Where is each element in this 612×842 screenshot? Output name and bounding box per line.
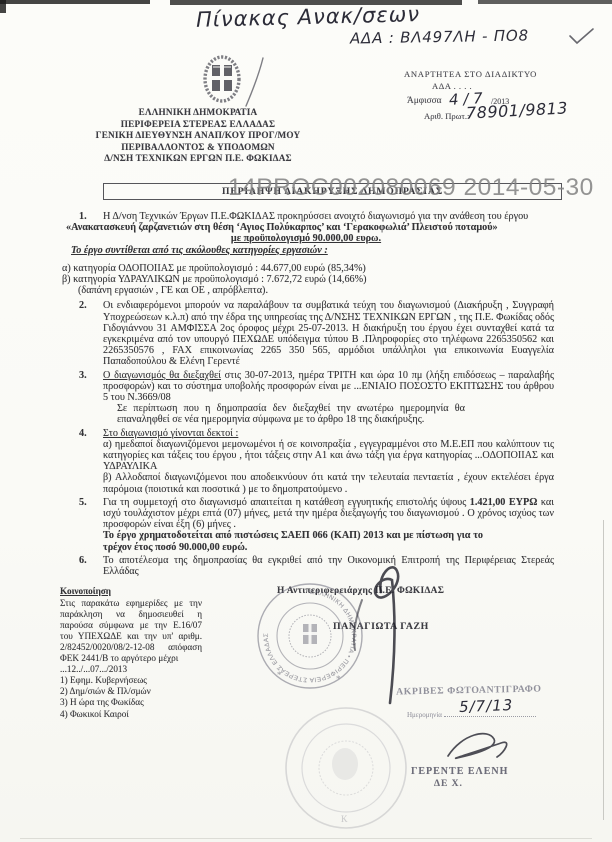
- newspaper-list: 1) Εφημ. Κυβερνήσεως 2) Δημ/σιών & Πλ/σμ…: [60, 675, 202, 720]
- project-title-line: «Ανακατασκευή ζαρζανετιών στη θέση ‘Αγιο…: [66, 222, 554, 233]
- notification-deadline: ...12../...07.../2013: [60, 664, 202, 675]
- item-number: 1.: [79, 211, 87, 222]
- body-item-6: 6. Το αποτέλεσμα της δημοπρασίας θα εγκρ…: [58, 555, 554, 577]
- category-note: (δαπάνη εργασιών , ΓΕ και ΟΕ , απρόβλεπτ…: [78, 285, 554, 296]
- certifier-name: ΓΕΡΕΝΤΕ ΕΛΕΝΗ: [411, 766, 508, 777]
- newspaper-item: 3) Η ώρα της Φωκίδας: [60, 697, 202, 708]
- body-item-2: 2. Οι ενδιαφερόμενοι μπορούν να παραλάβο…: [58, 300, 554, 367]
- item-1-intro: Η Δ/νση Τεχνικών Έργων Π.Ε.ΦΩΚΙΔΑΣ προκη…: [103, 211, 528, 222]
- newspaper-item: 2) Δημ/σιών & Πλ/σμών: [60, 686, 202, 697]
- letterhead-line: ΓΕΝΙΚΗ ΔΙΕΥΘΥΝΣΗ ΑΝΑΠ/ΚΟΥ ΠΡΟΓ/ΜΟΥ: [48, 130, 348, 142]
- newspaper-item: 4) Φωκικοί Καιροί: [60, 709, 202, 720]
- item-number: 2.: [79, 300, 87, 311]
- item-4-entry-b: β) Αλλοδαποί διαγωνιζόμενοι που αποδεικν…: [103, 472, 554, 494]
- handwritten-ada-code: ΑΔΑ : ΒΛ497ΛΗ - ΠΟ8: [350, 26, 529, 47]
- body-item-1: 1. Η Δ/νση Τεχνικών Έργων Π.Ε.ΦΩΚΙΔΑΣ πρ…: [58, 211, 554, 222]
- notification-text: Στις παρακάτω εφημερίδες με την παράκλησ…: [60, 598, 202, 664]
- posting-notice: ΑΝΑΡΤΗΤΕΑ ΣΤΟ ΔΙΑΔΙΚΤΥΟ: [404, 69, 537, 79]
- registry-watermark: 14PROC002080069 2014-05-30: [228, 174, 594, 202]
- notification-block: Κοινοποίηση Στις παρακάτω εφημερίδες με …: [60, 586, 202, 720]
- item-2-text: Οι ενδιαφερόμενοι μπορούν να παραλάβουν …: [103, 300, 554, 367]
- pen-flourish: [246, 58, 263, 106]
- scan-artifact: [0, 0, 6, 13]
- scan-artifact: [478, 0, 612, 4]
- scanned-document-page: Πίνακας Ανακ/σεων ΑΔΑ : ΒΛ497ΛΗ - ΠΟ8 ΑΝ…: [0, 0, 612, 842]
- handwritten-copy-date: 5/7/13: [459, 696, 514, 716]
- round-official-stamp: ΕΛΛΗΝΙΚΗ ΔΗΜΟΚΡΑΤΙΑ • ΠΕΡΙΦΕΡΕΙΑ ΣΤΕΡΕΑΣ…: [250, 576, 370, 696]
- letterhead-line: ΠΕΡΙΒΑΛΛΟΝΤΟΣ & ΥΠΟΔΟΜΩΝ: [48, 142, 348, 154]
- item-number: 4.: [79, 428, 87, 439]
- item-4-head: Στο διαγωνισμό γίνονται δεκτοί :: [103, 428, 554, 439]
- notification-heading: Κοινοποίηση: [60, 586, 202, 597]
- handwritten-protocol-number: 78901/9813: [466, 98, 569, 122]
- category-b: β) κατηγορία ΥΔΡΑΥΛΙΚΩΝ με προϋπολογισμό…: [62, 274, 554, 285]
- item-5-text: Για τη συμμετοχή στο διαγωνισμό απαιτείτ…: [103, 497, 470, 508]
- signature-stroke: [448, 734, 507, 759]
- faint-round-stamp: Κ: [281, 698, 411, 842]
- date-label: Ημερομηνία: [407, 711, 442, 719]
- category-a: α) κατηγορία ΟΔΟΠΟΙΙΑΣ με προϋπολογισμό …: [62, 263, 554, 274]
- body-item-4: 4. Στο διαγωνισμό γίνονται δεκτοί : α) η…: [58, 428, 554, 495]
- budget-line: με προϋπολογισμό 90.000,00 ευρω.: [58, 233, 554, 244]
- letterhead-line: ΠΕΡΙΦΕΡΕΙΑ ΣΤΕΡΕΑΣ ΕΛΛΑΔΑΣ: [48, 119, 348, 131]
- svg-text:Κ: Κ: [341, 814, 348, 824]
- city-label: Άμφισσα: [407, 96, 441, 106]
- handwritten-top-note: Πίνακας Ανακ/σεων: [196, 2, 421, 32]
- true-copy-stamp-text: ΑΚΡΙΒΕΣ ΦΩΤΟΑΝΤΙΓΡΑΦΟ: [396, 683, 542, 697]
- item-3-note: Σε περίπτωση που η δημοπρασία δεν διεξαχ…: [117, 403, 465, 425]
- item-number: 6.: [79, 555, 87, 566]
- work-categories: α) κατηγορία ΟΔΟΠΟΙΙΑΣ με προϋπολογισμό …: [62, 263, 554, 297]
- document-body: 1. Η Δ/νση Τεχνικών Έργων Π.Ε.ΦΩΚΙΔΑΣ πρ…: [58, 211, 554, 577]
- item-3-head: Ο διαγωνισμός θα διεξαχθεί: [103, 370, 221, 381]
- certifier-grade: ΔΕ Χ.: [434, 779, 463, 789]
- letterhead: ΕΛΛΗΝΙΚΗ ΔΗΜΟΚΡΑΤΙΑ ΠΕΡΙΦΕΡΕΙΑ ΣΤΕΡΕΑΣ Ε…: [48, 107, 348, 165]
- body-item-3: 3. Ο διαγωνισμός θα διεξαχθεί στις 30-07…: [58, 370, 554, 426]
- scan-artifact: [0, 0, 150, 4]
- letterhead-line: ΕΛΛΗΝΙΚΗ ΔΗΜΟΚΡΑΤΙΑ: [48, 107, 348, 119]
- budget-text: με προϋπολογισμό 90.000,00 ευρω.: [231, 233, 381, 244]
- guarantee-amount: 1.421,00 ΕΥΡΩ: [470, 497, 538, 508]
- body-item-5: 5. Για τη συμμετοχή στο διαγωνισμό απαιτ…: [58, 497, 554, 553]
- item-number: 5.: [79, 497, 87, 508]
- funding-line: Το έργο χρηματοδοτείται από πιστώσεις ΣΑ…: [103, 530, 483, 552]
- composition-line: Το έργο συντίθεται από τις ακόλουθες κατ…: [71, 245, 554, 256]
- check-mark: [570, 29, 593, 43]
- svg-text:*: *: [336, 674, 341, 684]
- svg-text:*: *: [277, 670, 282, 680]
- newspaper-item: 1) Εφημ. Κυβερνήσεως: [60, 675, 202, 686]
- item-number: 3.: [79, 370, 87, 381]
- protocol-label: Αριθ. Πρωτ.:: [424, 111, 469, 121]
- scan-artifact: [603, 520, 604, 820]
- item-6-text: Το αποτέλεσμα της δημοπρασίας θα εγκριθε…: [103, 555, 554, 577]
- letterhead-line: Δ/ΝΣΗ ΤΕΧΝΙΚΩΝ ΕΡΓΩΝ Π.Ε. ΦΩΚΙΔΑΣ: [48, 153, 348, 165]
- item-4-entry-a: α) ημεδαποί διαγωνιζόμενοι μεμονωμένοι ή…: [103, 439, 554, 473]
- greek-state-emblem-icon: [196, 52, 248, 106]
